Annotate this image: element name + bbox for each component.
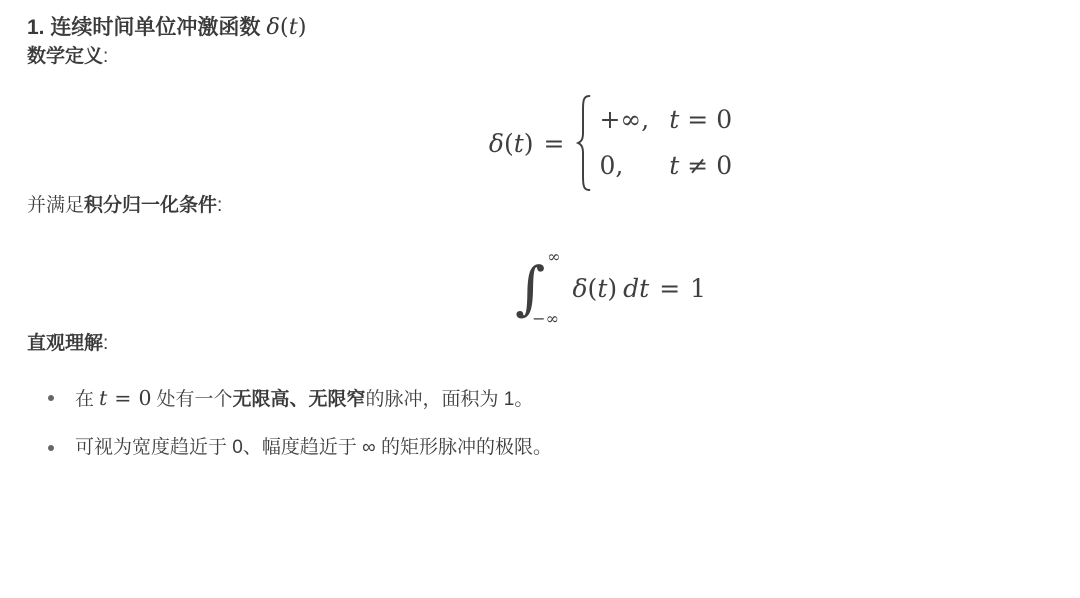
case-condition: t=0	[669, 97, 732, 143]
heading-math-delta-t: δ(t)	[266, 14, 306, 40]
integrand-delta-t-dt: δ(t)dt	[572, 274, 649, 303]
integral-upper-limit: ∞	[547, 247, 560, 266]
normalization-label: 并满足积分归一化条件:	[27, 192, 1080, 220]
math-definition-label: 数学定义:	[27, 43, 1080, 71]
integral-sign-with-limits: ∫ ∞ −∞	[515, 246, 561, 330]
cases-brace	[576, 94, 592, 192]
equals-sign: =	[544, 129, 565, 158]
case-value: +∞,	[599, 97, 649, 143]
section-heading: 1. 连续时间单位冲激函数δ(t)	[27, 12, 1080, 43]
document-content: 1. 连续时间单位冲激函数δ(t) 数学定义: δ(t) = +∞, t=0 0…	[0, 0, 1080, 462]
case-condition: t≠0	[669, 143, 732, 189]
integral-formula: ∫ ∞ −∞ δ(t)dt = 1	[27, 246, 1080, 330]
case-value: 0,	[599, 143, 649, 189]
integral-rhs: 1	[690, 274, 706, 303]
piecewise-cases: +∞, t=0 0, t≠0	[599, 97, 732, 189]
integral-lower-limit: −∞	[532, 309, 559, 328]
equals-sign: =	[659, 274, 680, 303]
intuition-list: 在t=0处有一个无限高、无限窄的脉冲，面积为 1。 可视为宽度趋近于 0、幅度趋…	[27, 384, 1080, 462]
list-item-limit: 可视为宽度趋近于 0、幅度趋近于 ∞ 的矩形脉冲的极限。	[27, 434, 1080, 462]
list-item-impulse: 在t=0处有一个无限高、无限窄的脉冲，面积为 1。	[27, 384, 1080, 414]
intuition-label: 直观理解:	[27, 330, 1080, 358]
inline-math-t-equals-0: t=0	[99, 386, 151, 410]
piecewise-formula: δ(t) = +∞, t=0 0, t≠0	[27, 94, 1080, 192]
heading-label: 1. 连续时间单位冲激函数	[27, 16, 260, 39]
formula-lhs-delta-t: δ(t)	[489, 129, 534, 158]
